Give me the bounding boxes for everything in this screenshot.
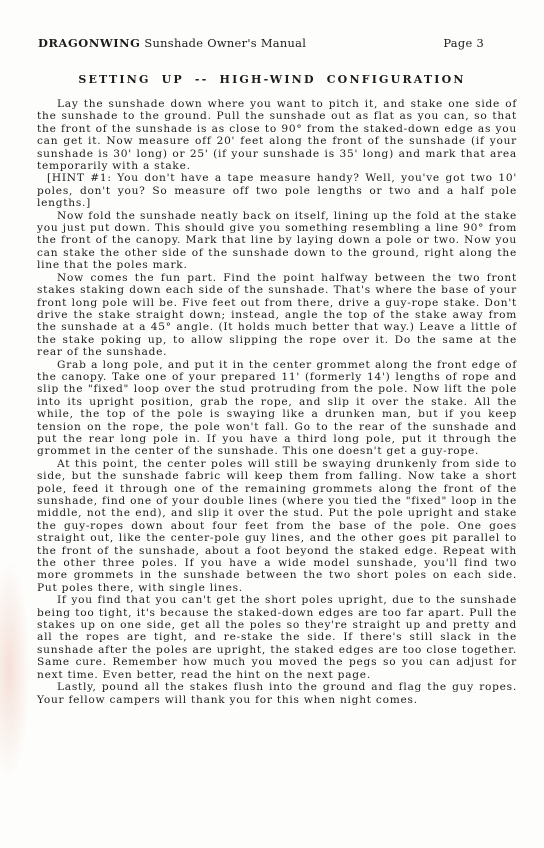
- paragraph: At this point, the center poles will sti…: [37, 458, 517, 594]
- paragraph: Lay the sunshade down where you want to …: [37, 98, 517, 172]
- paper-stain: [0, 560, 30, 780]
- paragraph: Now fold the sunshade neatly back on its…: [37, 210, 517, 272]
- hint-paragraph: [HINT #1: You don't have a tape measure …: [37, 172, 517, 209]
- body-text: Lay the sunshade down where you want to …: [37, 98, 517, 706]
- paragraph: Lastly, pound all the stakes flush into …: [37, 681, 517, 706]
- page-header: DRAGONWING Sunshade Owner's Manual Page …: [38, 36, 484, 50]
- paragraph: Grab a long pole, and put it in the cent…: [37, 359, 517, 458]
- section-title: SETTING UP -- HIGH-WIND CONFIGURATION: [0, 73, 544, 86]
- manual-subtitle: Sunshade Owner's Manual: [141, 36, 307, 50]
- page-number: Page 3: [443, 36, 484, 50]
- paragraph: Now comes the fun part. Find the point h…: [37, 272, 517, 359]
- brand-name: DRAGONWING: [38, 36, 141, 50]
- paragraph: If you find that you can't get the short…: [37, 594, 517, 681]
